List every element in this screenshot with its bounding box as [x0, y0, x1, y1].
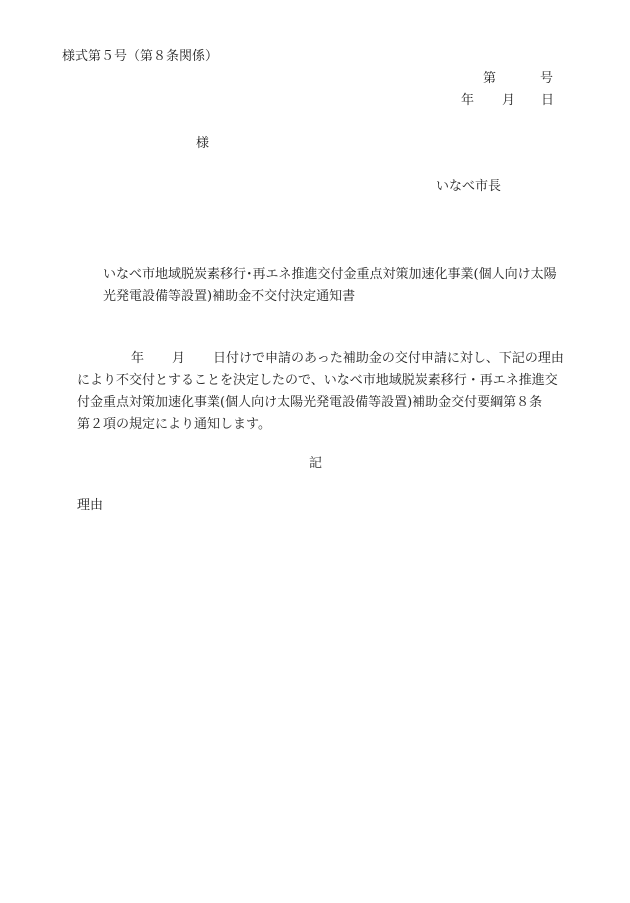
body-month: 月	[172, 351, 185, 366]
issuer: いなべ市長	[436, 180, 501, 193]
date-year: 年	[461, 94, 474, 107]
title-line: 光発電設備等設置)補助金不交付決定通知書	[103, 286, 583, 308]
body-first-rest: 日付けで申請のあった補助金の交付申請に対し、下記の理由	[213, 351, 564, 366]
doc-number-prefix: 第	[483, 72, 496, 85]
recipient-honorific: 様	[196, 137, 209, 150]
reason-label: 理由	[77, 499, 103, 512]
body-line: 年月日付けで申請のあった補助金の交付申請に対し、下記の理由	[77, 348, 577, 370]
date-month: 月	[502, 94, 515, 107]
title-line: いなべ市地域脱炭素移行･再エネ推進交付金重点対策加速化事業(個人向け太陽	[103, 264, 583, 286]
body-line: 第２項の規定により通知します。	[77, 414, 577, 436]
form-number: 様式第５号（第８条関係）	[62, 50, 218, 63]
document-body: 年月日付けで申請のあった補助金の交付申請に対し、下記の理由 により不交付とするこ…	[77, 348, 577, 436]
body-year: 年	[131, 351, 144, 366]
body-line: により不交付とすることを決定したので、いなべ市地域脱炭素移行・再エネ推進交	[77, 370, 577, 392]
date-day: 日	[541, 94, 554, 107]
ki-heading: 記	[309, 457, 322, 470]
body-line: 付金重点対策加速化事業(個人向け太陽光発電設備等設置)補助金交付要綱第８条	[77, 392, 577, 414]
doc-number-suffix: 号	[540, 72, 553, 85]
document-title: いなべ市地域脱炭素移行･再エネ推進交付金重点対策加速化事業(個人向け太陽 光発電…	[103, 264, 583, 308]
